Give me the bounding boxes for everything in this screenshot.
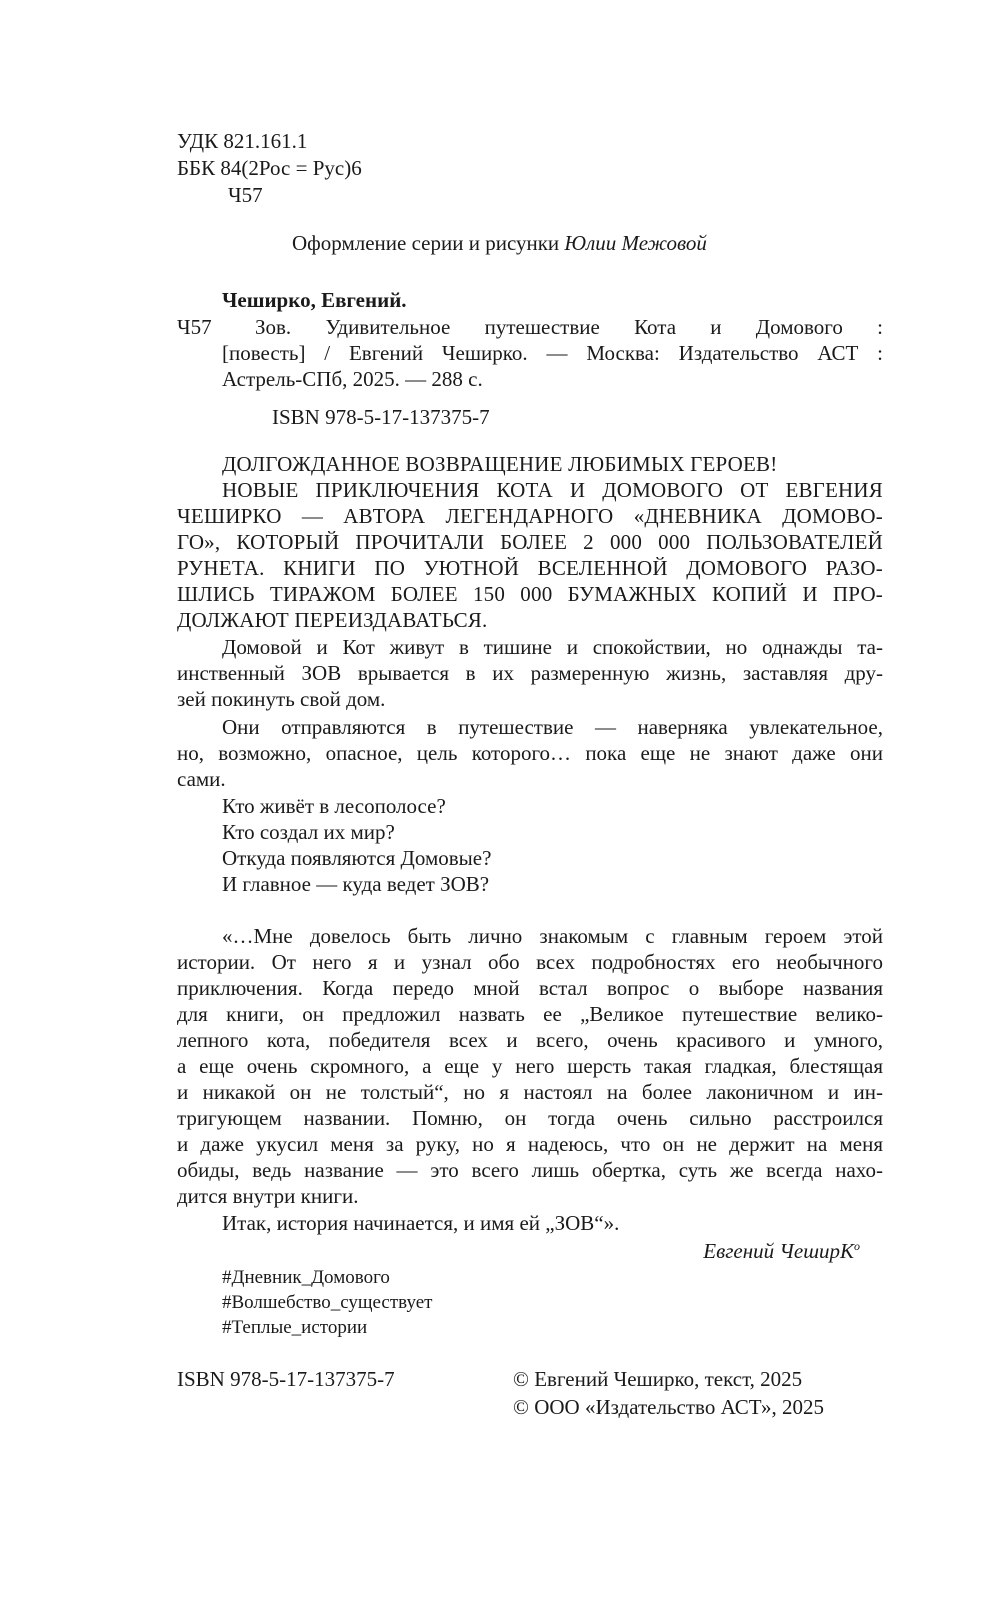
annotation-text-line: зей покинуть свой дом. (177, 686, 385, 712)
quote-line: и даже укусил меня за руку, но я надеюсь… (177, 1131, 883, 1157)
author-sign-code: Ч57 (228, 182, 263, 208)
credit-prefix: Оформление серии и рисунки (292, 231, 564, 255)
annotation-caps-line: РУНЕТА. КНИГИ ПО УЮТНОЙ ВСЕЛЕННОЙ ДОМОВО… (177, 555, 883, 581)
quote-line: лепного кота, победителя всех и всего, о… (177, 1027, 883, 1053)
quote-line: истории. От него я и узнал обо всех подр… (177, 949, 883, 975)
book-imprint-page: УДК 821.161.1 ББК 84(2Рос = Рус)6 Ч57 Оф… (0, 0, 1000, 1616)
quote-line: приключения. Когда передо мной встал воп… (177, 975, 883, 1001)
annotation-caps-line: НОВЫЕ ПРИКЛЮЧЕНИЯ КОТА И ДОМОВОГО ОТ ЕВГ… (222, 477, 883, 503)
annotation-caps-line: ДОЛЖАЮТ ПЕРЕИЗДАВАТЬСЯ. (177, 607, 487, 633)
illustrator-name: Юлии Межовой (564, 231, 706, 255)
annotation-text-line: Домовой и Кот живут в тишине и спокойств… (222, 634, 883, 660)
hashtag: #Дневник_Домового (222, 1265, 390, 1291)
quote-line: а еще очень скромного, а еще у него шерс… (177, 1053, 883, 1079)
bib-author-sign: Ч57 (177, 314, 212, 340)
annotation-text-line: инственный ЗОВ врывается в их размеренну… (177, 660, 883, 686)
quote-line: и никакой он не толстый“, но я настоял н… (177, 1079, 883, 1105)
bib-line: Астрель-СПб, 2025. — 288 с. (222, 366, 483, 392)
question-line: Кто живёт в лесополосе? (222, 793, 446, 819)
author-heading: Чеширко, Евгений. (222, 287, 407, 313)
quote-line: дится внутри книги. (177, 1183, 358, 1209)
annotation-caps-line: ДОЛГОЖДАННОЕ ВОЗВРАЩЕНИЕ ЛЮБИМЫХ ГЕРОЕВ! (222, 451, 777, 477)
bbk-code: ББК 84(2Рос = Рус)6 (177, 155, 362, 181)
bib-line: Зов. Удивительное путешествие Кота и Дом… (255, 314, 883, 340)
signature-text: Евгений ЧеширК (703, 1239, 854, 1263)
annotation-text-line: Они отправляются в путешествие — наверня… (222, 714, 883, 740)
question-line: Откуда появляются Домовые? (222, 845, 491, 871)
footer-isbn: ISBN 978-5-17-137375-7 (177, 1366, 395, 1392)
annotation-caps-line: ШЛИСЬ ТИРАЖОМ БОЛЕЕ 150 000 БУМАЖНЫХ КОП… (177, 581, 883, 607)
quote-line: для книги, он предложил назвать ее „Вели… (177, 1001, 883, 1027)
quote-end: Итак, история начинается, и имя ей „ЗОВ“… (222, 1210, 619, 1236)
annotation-text-line: но, возможно, опасное, цель которого… по… (177, 740, 883, 766)
annotation-text-line: сами. (177, 766, 226, 792)
hashtag: #Волшебство_существует (222, 1290, 432, 1316)
quote-signature: Евгений ЧеширКо (703, 1238, 860, 1264)
quote-line: тригующем названии. Помню, он тогда очен… (177, 1105, 883, 1131)
copyright-publisher: © ООО «Издательство АСТ», 2025 (513, 1394, 824, 1420)
udk-code: УДК 821.161.1 (177, 128, 307, 154)
annotation-caps-line: ГО», КОТОРЫЙ ПРОЧИТАЛИ БОЛЕЕ 2 000 000 П… (177, 529, 883, 555)
series-design-credit: Оформление серии и рисунки Юлии Межовой (292, 230, 707, 256)
quote-line: «…Мне довелось быть лично знакомым с гла… (222, 923, 883, 949)
hashtag: #Теплые_истории (222, 1315, 367, 1341)
copyright-author: © Евгений Чеширко, текст, 2025 (513, 1366, 802, 1392)
annotation-caps-line: ЧЕШИРКО — АВТОРА ЛЕГЕНДАРНОГО «ДНЕВНИКА … (177, 503, 883, 529)
bib-isbn: ISBN 978-5-17-137375-7 (272, 404, 490, 430)
signature-superscript: о (854, 1239, 860, 1253)
question-line: Кто создал их мир? (222, 819, 395, 845)
bib-line: [повесть] / Евгений Чеширко. — Москва: И… (222, 340, 883, 366)
question-line: И главное — куда ведет ЗОВ? (222, 871, 489, 897)
quote-line: обиды, ведь название — это всего лишь об… (177, 1157, 883, 1183)
